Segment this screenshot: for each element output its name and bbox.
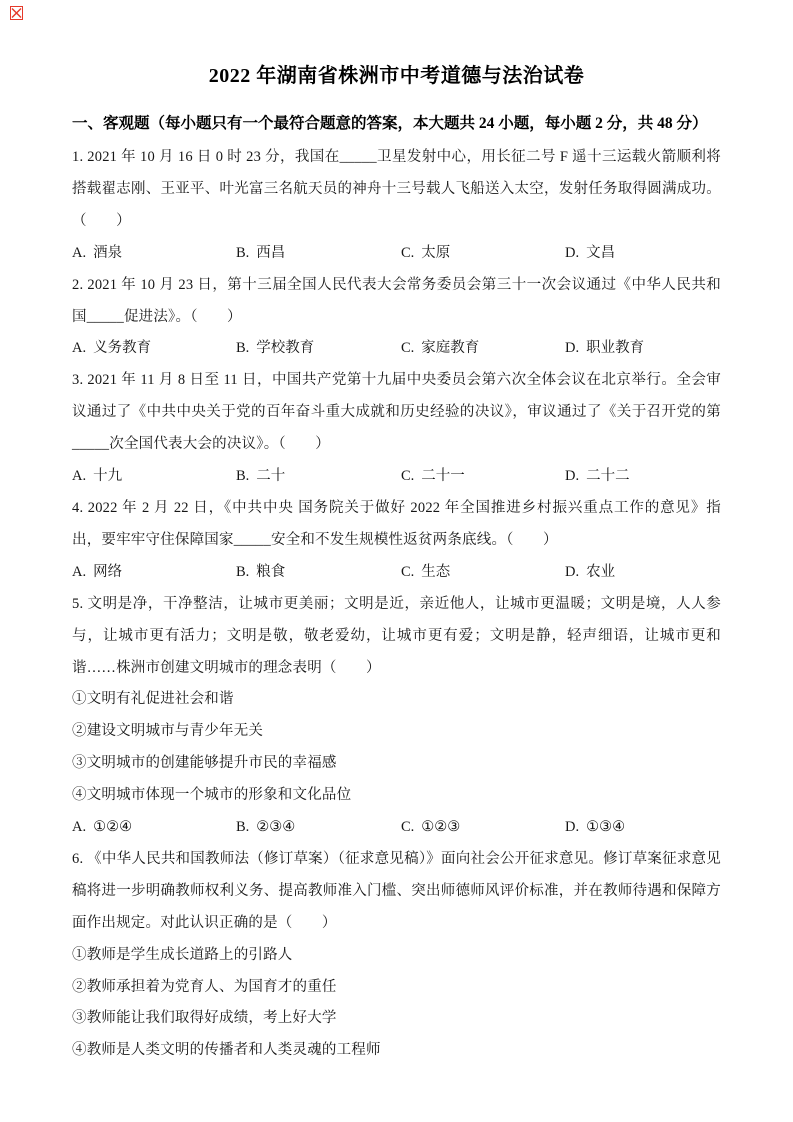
- option-text: 文昌: [586, 245, 615, 261]
- question-stem: 3. 2021 年 11 月 8 日至 11 日，中国共产党第十九届中央委员会第…: [72, 365, 721, 461]
- option-text: 二十二: [586, 468, 630, 484]
- option-text: ①②③: [421, 819, 460, 835]
- option-a: A.网络: [72, 557, 236, 589]
- option-a: A.十九: [72, 461, 236, 493]
- option-d: D.①③④: [565, 812, 721, 844]
- option-label: C.: [401, 468, 414, 484]
- question-block-5: 5. 文明是净，干净整洁，让城市更美丽；文明是近，亲近他人，让城市更温暖；文明是…: [72, 589, 721, 844]
- page-title: 2022 年湖南省株洲市中考道德与法治试卷: [72, 60, 721, 92]
- option-c: C.太原: [401, 238, 565, 270]
- question-stem: 1. 2021 年 10 月 16 日 0 时 23 分，我国在_____卫星发…: [72, 142, 721, 238]
- option-label: C.: [401, 245, 414, 261]
- option-text: 网络: [93, 564, 122, 580]
- option-a: A.①②④: [72, 812, 236, 844]
- option-text: ①③④: [586, 819, 625, 835]
- option-d: D.农业: [565, 557, 721, 589]
- document-content: 2022 年湖南省株洲市中考道德与法治试卷 一、客观题（每小题只有一个最符合题意…: [0, 60, 793, 1067]
- option-label: B.: [236, 340, 249, 356]
- option-text: 学校教育: [256, 340, 314, 356]
- question-block-6: 6. 《中华人民共和国教师法（修订草案）（征求意见稿）》面向社会公开征求意见。修…: [72, 844, 721, 1067]
- question-sub-item: ②教师承担着为党育人、为国育才的重任: [72, 972, 721, 1004]
- question-sub-item: ④文明城市体现一个城市的形象和文化品位: [72, 780, 721, 812]
- option-text: 义务教育: [93, 340, 151, 356]
- option-text: 农业: [586, 564, 615, 580]
- broken-image-icon: [10, 6, 23, 20]
- option-a: A.义务教育: [72, 333, 236, 365]
- option-c: C.生态: [401, 557, 565, 589]
- question-stem: 4. 2022 年 2 月 22 日，《中共中央 国务院关于做好 2022 年全…: [72, 493, 721, 557]
- option-label: D.: [565, 245, 579, 261]
- question-sub-item: ①文明有礼促进社会和谐: [72, 684, 721, 716]
- option-c: C.二十一: [401, 461, 565, 493]
- option-text: 太原: [421, 245, 450, 261]
- options-row: A.①②④B.②③④C.①②③D.①③④: [72, 812, 721, 844]
- question-stem: 2. 2021 年 10 月 23 日，第十三届全国人民代表大会常务委员会第三十…: [72, 270, 721, 334]
- question-sub-item: ①教师是学生成长道路上的引路人: [72, 940, 721, 972]
- option-c: C.①②③: [401, 812, 565, 844]
- option-label: D.: [565, 340, 579, 356]
- question-sub-item: ③教师能让我们取得好成绩，考上好大学: [72, 1003, 721, 1035]
- option-label: A.: [72, 819, 86, 835]
- question-sub-item: ②建设文明城市与青少年无关: [72, 716, 721, 748]
- options-row: A.义务教育B.学校教育C.家庭教育D.职业教育: [72, 333, 721, 365]
- option-text: 酒泉: [93, 245, 122, 261]
- option-c: C.家庭教育: [401, 333, 565, 365]
- option-a: A.酒泉: [72, 238, 236, 270]
- option-d: D.文昌: [565, 238, 721, 270]
- option-label: D.: [565, 468, 579, 484]
- option-label: A.: [72, 564, 86, 580]
- option-text: 十九: [93, 468, 122, 484]
- option-text: 生态: [421, 564, 450, 580]
- option-text: 西昌: [256, 245, 285, 261]
- question-block-4: 4. 2022 年 2 月 22 日，《中共中央 国务院关于做好 2022 年全…: [72, 493, 721, 589]
- option-label: C.: [401, 564, 414, 580]
- option-text: ①②④: [93, 819, 132, 835]
- question-list: 1. 2021 年 10 月 16 日 0 时 23 分，我国在_____卫星发…: [72, 142, 721, 1067]
- option-b: B.西昌: [236, 238, 401, 270]
- option-b: B.②③④: [236, 812, 401, 844]
- question-stem: 6. 《中华人民共和国教师法（修订草案）（征求意见稿）》面向社会公开征求意见。修…: [72, 844, 721, 940]
- option-label: D.: [565, 564, 579, 580]
- question-sub-item: ③文明城市的创建能够提升市民的幸福感: [72, 748, 721, 780]
- question-stem: 5. 文明是净，干净整洁，让城市更美丽；文明是近，亲近他人，让城市更温暖；文明是…: [72, 589, 721, 685]
- option-text: ②③④: [256, 819, 295, 835]
- option-label: C.: [401, 340, 414, 356]
- option-label: C.: [401, 819, 414, 835]
- option-label: B.: [236, 564, 249, 580]
- option-label: B.: [236, 245, 249, 261]
- options-row: A.酒泉B.西昌C.太原D.文昌: [72, 238, 721, 270]
- option-text: 二十一: [421, 468, 465, 484]
- option-label: B.: [236, 819, 249, 835]
- option-d: D.二十二: [565, 461, 721, 493]
- option-text: 粮食: [256, 564, 285, 580]
- question-block-1: 1. 2021 年 10 月 16 日 0 时 23 分，我国在_____卫星发…: [72, 142, 721, 270]
- option-label: A.: [72, 468, 86, 484]
- option-label: D.: [565, 819, 579, 835]
- option-text: 家庭教育: [421, 340, 479, 356]
- option-text: 职业教育: [586, 340, 644, 356]
- question-block-3: 3. 2021 年 11 月 8 日至 11 日，中国共产党第十九届中央委员会第…: [72, 365, 721, 493]
- option-label: A.: [72, 245, 86, 261]
- option-d: D.职业教育: [565, 333, 721, 365]
- question-block-2: 2. 2021 年 10 月 23 日，第十三届全国人民代表大会常务委员会第三十…: [72, 270, 721, 366]
- question-sub-item: ④教师是人类文明的传播者和人类灵魂的工程师: [72, 1035, 721, 1067]
- option-b: B.二十: [236, 461, 401, 493]
- section-heading: 一、客观题（每小题只有一个最符合题意的答案，本大题共 24 小题，每小题 2 分…: [72, 110, 721, 137]
- options-row: A.十九B.二十C.二十一D.二十二: [72, 461, 721, 493]
- option-label: A.: [72, 340, 86, 356]
- option-text: 二十: [256, 468, 285, 484]
- exam-paper-page: 2022 年湖南省株洲市中考道德与法治试卷 一、客观题（每小题只有一个最符合题意…: [0, 0, 793, 1122]
- option-label: B.: [236, 468, 249, 484]
- options-row: A.网络B.粮食C.生态D.农业: [72, 557, 721, 589]
- option-b: B.学校教育: [236, 333, 401, 365]
- option-b: B.粮食: [236, 557, 401, 589]
